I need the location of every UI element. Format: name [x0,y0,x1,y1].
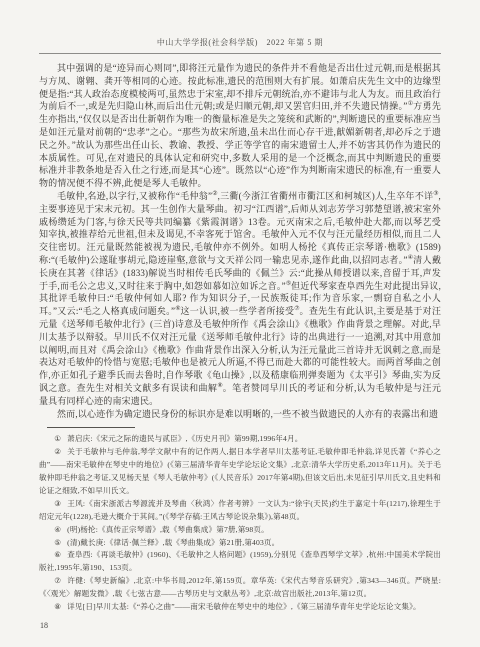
page-header: 中山大学学报(社会科学版) 2022 年第 5 期 [39,38,441,54]
footnote-text: (明)杨抡:《真传正宗琴谱》,载《琴曲集成》第7册,第98页。 [67,525,269,534]
footnote-marker: ② [54,447,61,456]
footnote-text: 详见[日]早川太基:《“养心之曲”——南宋毛敏仲在琴史中的地位》,《第三届清华青… [67,602,421,611]
footnote-text: 关于毛敏仲与毛仲翁,琴学文献中有的记作两人,据日本学者早川太基考证,毛敏仲即毛仲… [39,447,441,495]
journal-header-line: 中山大学学报(社会科学版) 2022 年第 5 期 [39,38,441,48]
footnote-text: 王风:《南宋浙派古琴源流并及琴曲〈秋鸿〉作者考辨》一文认为:“徐宇(天民)约生于… [39,499,441,521]
body-text-segment: 。查先生有此认识,主要是基于对汪元量《送琴师毛敏仲北行》(三首)诗意及毛敏仲所作… [39,306,441,393]
footnote-marker: ④ [54,525,61,534]
footnote-text: (清)戴长庚:《律话·佩兰释》,载《琴曲集成》第21册,第403页。 [67,538,279,547]
footnote-item: ①萧启庆:《宋元之际的遗民与贰臣》,《历史月刊》第99期,1996年4月。 [39,433,441,446]
footnote-divider [47,427,135,428]
body-text-segment: 其中强调的是“迹异而心则同”,即将汪元量作为遗民的条件并不看他是否出仕过元朝,而… [39,63,441,111]
footnote-text: 查阜西:《再谈毛敏仲》(1960)、《毛敏仲之人格问题》(1959),分别见《查… [39,550,441,572]
footnote-item: ⑧详见[日]早川太基:《“养心之曲”——南宋毛敏仲在琴史中的地位》,《第三届清华… [39,601,441,614]
body-text-segment: 这一认识,被一些学者所接受 [181,306,295,316]
header-divider [39,53,441,54]
journal-page: 中山大学学报(社会科学版) 2022 年第 5 期 其中强调的是“迹异而心则同”… [0,0,480,647]
footnote-marker: ③ [54,499,61,508]
article-body: 其中强调的是“迹异而心则同”,即将汪元量作为遗民的条件并不看他是否出仕过元朝,而… [39,62,441,420]
page-number: 18 [39,621,441,630]
body-paragraph: 其中强调的是“迹异而心则同”,即将汪元量作为遗民的条件并不看他是否出仕过元朝,而… [39,62,441,190]
footnote-item: ④(明)杨抡:《真传正宗琴谱》,载《琴曲集成》第7册,第98页。 [39,524,441,537]
footnote-marker: ⑤ [54,538,61,547]
body-text-segment: 方勇先生亦指出,“仅仅以是否出仕新朝作为唯一的衡量标准是失之笼统和武断的”,判断… [39,101,441,188]
body-paragraph: 然而,以心迹作为确定遗民身份的标识亦是难以明晰的,一些不被当做遗民的人亦有的表露… [39,408,441,421]
footnote-item: ②关于毛敏仲与毛仲翁,琴学文献中有的记作两人,据日本学者早川太基考证,毛敏仲即毛… [39,446,441,498]
footnote-marker: ⑦ [54,576,61,585]
footnote-item: ⑦许健:《琴史新编》,北京:中华书局,2012年,第159页。章华英:《宋代古琴… [39,575,441,601]
body-text-segment: ,主要事迹见于宋末元初。其一生创作大量琴曲。初习“江西谱”,后师从刘志芳学习郭楚… [39,191,441,265]
footnote-text: 许健:《琴史新编》,北京:中华书局,2012年,第159页。章华英:《宋代古琴音… [39,576,441,598]
footnote-marker: ⑧ [54,602,61,611]
body-paragraph: 毛敏仲,名逊,以字行,又被称作“毛仲翁”②,三衢(今浙江省衢州市衢江区和柯城区)… [39,190,441,408]
footnote-text: 萧启庆:《宋元之际的遗民与贰臣》,《历史月刊》第99期,1996年4月。 [67,434,302,443]
body-text-segment: 毛敏仲,名逊,以字行,又被称作“毛仲翁” [57,191,212,201]
footnote-marker: ① [54,434,61,443]
footnote-item: ⑤(清)戴长庚:《律话·佩兰释》,载《琴曲集成》第21册,第403页。 [39,537,441,550]
footnote-marker: ⑥ [54,550,61,559]
footnote-item: ③王风:《南宋浙派古琴源流并及琴曲〈秋鸿〉作者考辨》一文认为:“徐宇(天民)约生… [39,498,441,524]
footnote-item: ⑥查阜西:《再谈毛敏仲》(1960)、《毛敏仲之人格问题》(1959),分别见《… [39,549,441,575]
footnotes-section: ①萧启庆:《宋元之际的遗民与贰臣》,《历史月刊》第99期,1996年4月。②关于… [39,433,441,614]
body-text-segment: ,三衢(今浙江省衢州市衢江区和柯城区)人,生卒年不详 [218,191,434,201]
body-text-segment: 然而,以心迹作为确定遗民身份的标识亦是难以明晰的,一些不被当做遗民的人亦有的表露… [57,409,438,419]
